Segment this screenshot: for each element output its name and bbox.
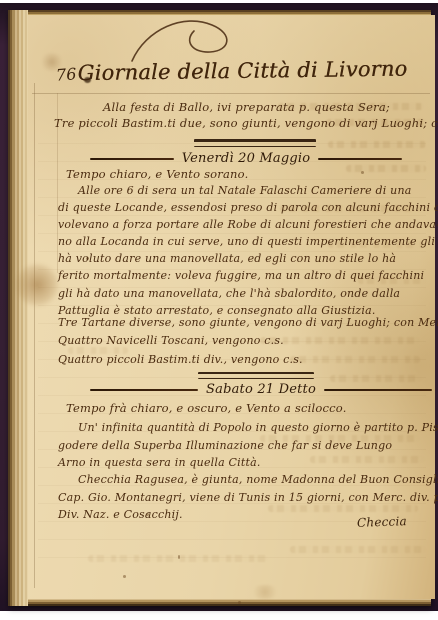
speck xyxy=(238,601,241,604)
book-bottom-page-edges xyxy=(8,598,431,606)
manuscript-page: 76 Giornale della Città di Livorno Alla … xyxy=(28,15,435,599)
heading-rule-right xyxy=(324,389,432,391)
entry-paragraph: Un' infinita quantità di Popolo in quest… xyxy=(58,419,432,472)
header-line: Alla festa di Ballo, ivi preparata p. qu… xyxy=(28,100,435,114)
paragraph-line: di queste Locande, essendosi preso di pa… xyxy=(58,199,432,216)
paragraph-line: Arno in questa sera in quella Città. xyxy=(58,454,432,472)
speck xyxy=(123,575,126,578)
paragraph-line: no alla Locanda in cui serve, uno di que… xyxy=(58,233,432,250)
manuscript-photo: 76 Giornale della Città di Livorno Alla … xyxy=(0,0,438,620)
catchword: Checcia xyxy=(357,514,407,530)
paragraph-line: Alle ore 6 di sera un tal Natale Falasch… xyxy=(58,182,432,199)
book-gutter-page-edges xyxy=(8,10,28,606)
bleedthrough-marks xyxy=(328,141,426,148)
foxing-stain xyxy=(250,585,280,599)
weather-line: Tempo frà chiaro, e oscuro, e Vento a sc… xyxy=(66,401,347,415)
arrival-line: Quattro piccoli Bastim.ti div., vengono … xyxy=(58,351,432,369)
speck xyxy=(361,171,364,174)
paragraph-line: Checchia Ragusea, è giunta, nome Madonna… xyxy=(58,471,432,489)
heading-rule-left xyxy=(90,389,198,391)
entry-date-heading: Sabato 21 Detto xyxy=(203,382,319,397)
journal-title: Giornale della Città di Livorno xyxy=(28,56,435,86)
bleedthrough-marks xyxy=(290,546,426,553)
paragraph-line: hà voluto dare una manovellata, ed egli … xyxy=(58,250,432,267)
heading-rule-right xyxy=(318,158,402,160)
section-divider-rule xyxy=(198,372,314,379)
arrival-line: Tre Tartane diverse, sono giunte, vengon… xyxy=(58,314,432,332)
entry-date-heading: Venerdì 20 Maggio xyxy=(179,151,314,166)
photo-background: 76 Giornale della Città di Livorno Alla … xyxy=(0,3,438,611)
section-divider-rule xyxy=(194,139,316,147)
speck xyxy=(178,555,180,559)
margin-rule-horizontal xyxy=(32,93,430,94)
margin-rule-vertical xyxy=(34,83,35,588)
header-line: Tre piccoli Bastim.ti due, sono giunti, … xyxy=(54,116,432,130)
heading-rule-left xyxy=(90,158,174,160)
entry-paragraph: Alle ore 6 di sera un tal Natale Falasch… xyxy=(58,182,432,319)
bleedthrough-marks xyxy=(346,165,426,172)
manuscript-book: 76 Giornale della Città di Livorno Alla … xyxy=(8,10,431,606)
weather-line: Tempo chiaro, e Vento sorano. xyxy=(66,167,248,181)
arrival-line: Quattro Navicelli Toscani, vengono c.s. xyxy=(58,332,432,350)
paragraph-line: Cap. Gio. Montanegri, viene di Tunis in … xyxy=(58,489,432,507)
entry-heading-row: Sabato 21 Detto xyxy=(90,382,432,397)
paragraph-line: Un' infinita quantità di Popolo in quest… xyxy=(58,419,432,437)
bleedthrough-marks xyxy=(330,375,422,382)
paragraph-line: gli hà dato una manovellata, che l'hà sb… xyxy=(58,285,432,302)
paragraph-line: godere della Superba Illuminazione che f… xyxy=(58,437,432,455)
arrivals-list: Tre Tartane diverse, sono giunte, vengon… xyxy=(58,314,432,369)
paragraph-line: volevano a forza portare alle Robe di al… xyxy=(58,216,432,233)
paragraph-line: ferito mortalmente: voleva fuggire, ma u… xyxy=(58,267,432,284)
entry-heading-row: Venerdì 20 Maggio xyxy=(90,151,402,166)
